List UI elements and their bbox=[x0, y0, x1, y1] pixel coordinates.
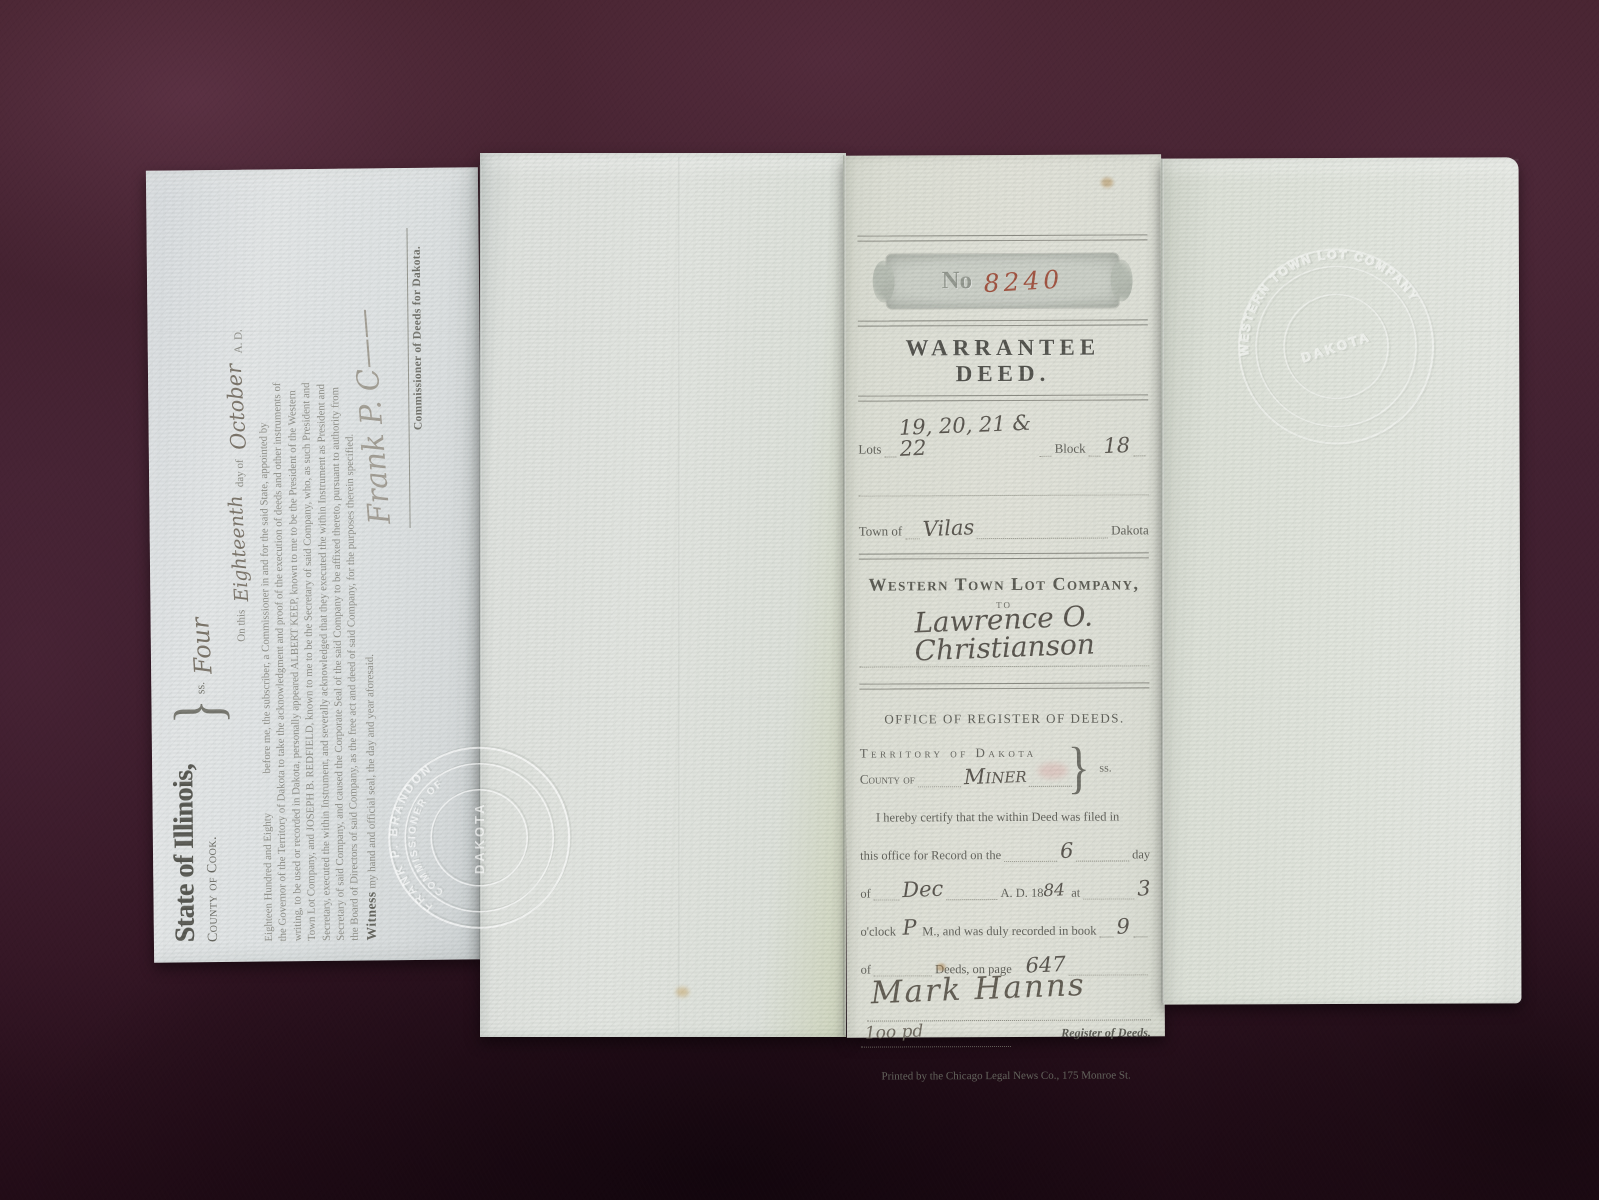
filed-hour-handwritten: 3 bbox=[1136, 878, 1150, 900]
notary-signature-block: Frank P. C—— Commissioner of Deeds for D… bbox=[372, 188, 446, 941]
day-of-label: day of bbox=[234, 459, 246, 487]
dotted-leader bbox=[1133, 441, 1145, 456]
panel-blank-with-seal bbox=[1161, 157, 1522, 1004]
panel-notary-acknowledgment: State of Illinois, County of Cook. } ss.… bbox=[146, 167, 486, 962]
ad-label: A. D. bbox=[232, 329, 244, 353]
no-label: No bbox=[941, 267, 972, 295]
office-heading: Office of Register of Deeds. bbox=[860, 710, 1150, 727]
state-heading: State of Illinois, bbox=[162, 190, 202, 942]
double-rule bbox=[859, 682, 1149, 689]
dotted-leader bbox=[1089, 442, 1101, 457]
handwritten-month: October bbox=[226, 363, 248, 450]
territory-line: Territory of Dakota bbox=[860, 744, 1150, 761]
deed-number-handwritten: 8240 bbox=[983, 266, 1064, 295]
register-of-deeds-title: Register of Deeds. bbox=[1061, 1025, 1151, 1040]
handwritten-day: Eighteenth bbox=[228, 495, 250, 602]
dotted-leader bbox=[1076, 846, 1129, 861]
book-value-handwritten: 9 bbox=[1116, 916, 1130, 938]
panel-filing-label: No 8240 WARRANTEE DEED. Lots 19, 20, 21 … bbox=[843, 154, 1165, 1037]
filed-month-handwritten: Dec bbox=[902, 878, 944, 901]
grantee-name-handwritten: Lawrence O. Christianson bbox=[858, 600, 1150, 667]
certification-paragraph: I hereby certify that the within Deed wa… bbox=[860, 810, 1151, 976]
town-of-label: Town of bbox=[859, 523, 903, 539]
territory-name: Dakota bbox=[1111, 522, 1149, 538]
on-this-label: On this bbox=[235, 610, 247, 642]
dotted-leader bbox=[1004, 846, 1057, 861]
brace-glyph: } bbox=[161, 699, 238, 725]
certify-line-2: this office for Record on the 6 day bbox=[860, 840, 1150, 862]
panel-blank-verso bbox=[480, 153, 846, 1037]
county-row: County of Miner bbox=[860, 771, 1075, 788]
double-rule bbox=[858, 319, 1148, 326]
dotted-leader bbox=[1040, 442, 1052, 457]
double-rule bbox=[859, 552, 1149, 559]
notary-body-paragraph: Eighteen Hundred and Eighty before me, t… bbox=[254, 188, 380, 941]
register-signature-handwritten: Mark Hanns bbox=[870, 969, 1086, 1008]
block-label: Block bbox=[1055, 441, 1086, 457]
number-cartouche: No 8240 bbox=[887, 253, 1119, 308]
printer-imprint-line: Printed by the Chicago Legal News Co., 1… bbox=[861, 1069, 1151, 1082]
notary-date-line: On this Eighteenth day of October A. D. bbox=[226, 190, 248, 642]
double-rule bbox=[857, 234, 1147, 241]
fee-note-handwritten: 1oo pd bbox=[865, 1023, 924, 1042]
handwritten-year-word: Four bbox=[191, 617, 214, 675]
certify-line-4: o'clock P M., and was duly recorded in b… bbox=[860, 916, 1150, 938]
oclock-letter-handwritten: P bbox=[902, 917, 917, 939]
register-signature-block: Mark Hanns 1oo pd Register of Deeds. bbox=[861, 979, 1151, 1038]
photo-of-warrantee-deed: { "photo": { "surface": "dark maroon vel… bbox=[0, 0, 1599, 1200]
certify-line-1: I hereby certify that the within Deed wa… bbox=[860, 810, 1150, 824]
deed-filing-label: No 8240 WARRANTEE DEED. Lots 19, 20, 21 … bbox=[857, 234, 1151, 1082]
filed-year-handwritten: 84 bbox=[1043, 882, 1065, 900]
territory-county-block: Territory of Dakota County of Miner } ss… bbox=[860, 744, 1150, 787]
witness-word: Witness bbox=[363, 891, 379, 940]
dotted-leader bbox=[918, 772, 961, 787]
lots-value-handwritten: 19, 20, 21 & 22 bbox=[899, 412, 1038, 459]
notary-heading: State of Illinois, County of Cook. } ss.… bbox=[162, 190, 262, 943]
lots-label: Lots bbox=[858, 442, 881, 458]
county-label: County of bbox=[860, 771, 915, 787]
dotted-leader bbox=[1099, 922, 1113, 937]
dotted-leader bbox=[977, 524, 1108, 540]
ss-label: ss. bbox=[1099, 761, 1111, 776]
folded-warrantee-deed-document: State of Illinois, County of Cook. } ss.… bbox=[148, 145, 1520, 1040]
dotted-leader bbox=[1029, 772, 1072, 787]
dotted-leader bbox=[1133, 922, 1147, 937]
block-value-handwritten: 18 bbox=[1103, 435, 1131, 457]
witness-rest: my hand and official seal, the day and y… bbox=[364, 654, 378, 889]
dotted-leader bbox=[861, 1045, 1011, 1047]
rust-stain bbox=[1101, 178, 1113, 188]
dotted-leader bbox=[947, 885, 998, 900]
dotted-leader bbox=[874, 885, 900, 900]
ss-label: ss. bbox=[193, 682, 208, 695]
dotted-leader bbox=[905, 524, 919, 539]
brace-glyph: } bbox=[1068, 734, 1090, 800]
town-value-handwritten: Vilas bbox=[922, 517, 974, 540]
deed-title: WARRANTEE DEED. bbox=[858, 334, 1148, 387]
county-value-handwritten: Miner bbox=[963, 765, 1027, 788]
town-row: Town of Vilas Dakota bbox=[859, 517, 1149, 539]
commissioner-title: Commissioner of Deeds for Dakota. bbox=[411, 246, 425, 430]
filed-day-handwritten: 6 bbox=[1060, 840, 1074, 862]
signature-rule bbox=[867, 1019, 1151, 1021]
dotted-leader bbox=[1083, 884, 1134, 899]
certify-line-3: of Dec A. D. 18 84 at 3 bbox=[860, 878, 1150, 900]
blank-dotted-line bbox=[858, 480, 1148, 496]
dotted-leader bbox=[884, 442, 896, 457]
county-line: County of Cook. bbox=[198, 190, 222, 942]
notary-rotated-text-block: State of Illinois, County of Cook. } ss.… bbox=[162, 187, 470, 942]
double-rule bbox=[858, 394, 1148, 401]
lots-block-row: Lots 19, 20, 21 & 22 Block 18 bbox=[858, 414, 1148, 457]
grantor-name: Western Town Lot Company, bbox=[859, 573, 1149, 595]
